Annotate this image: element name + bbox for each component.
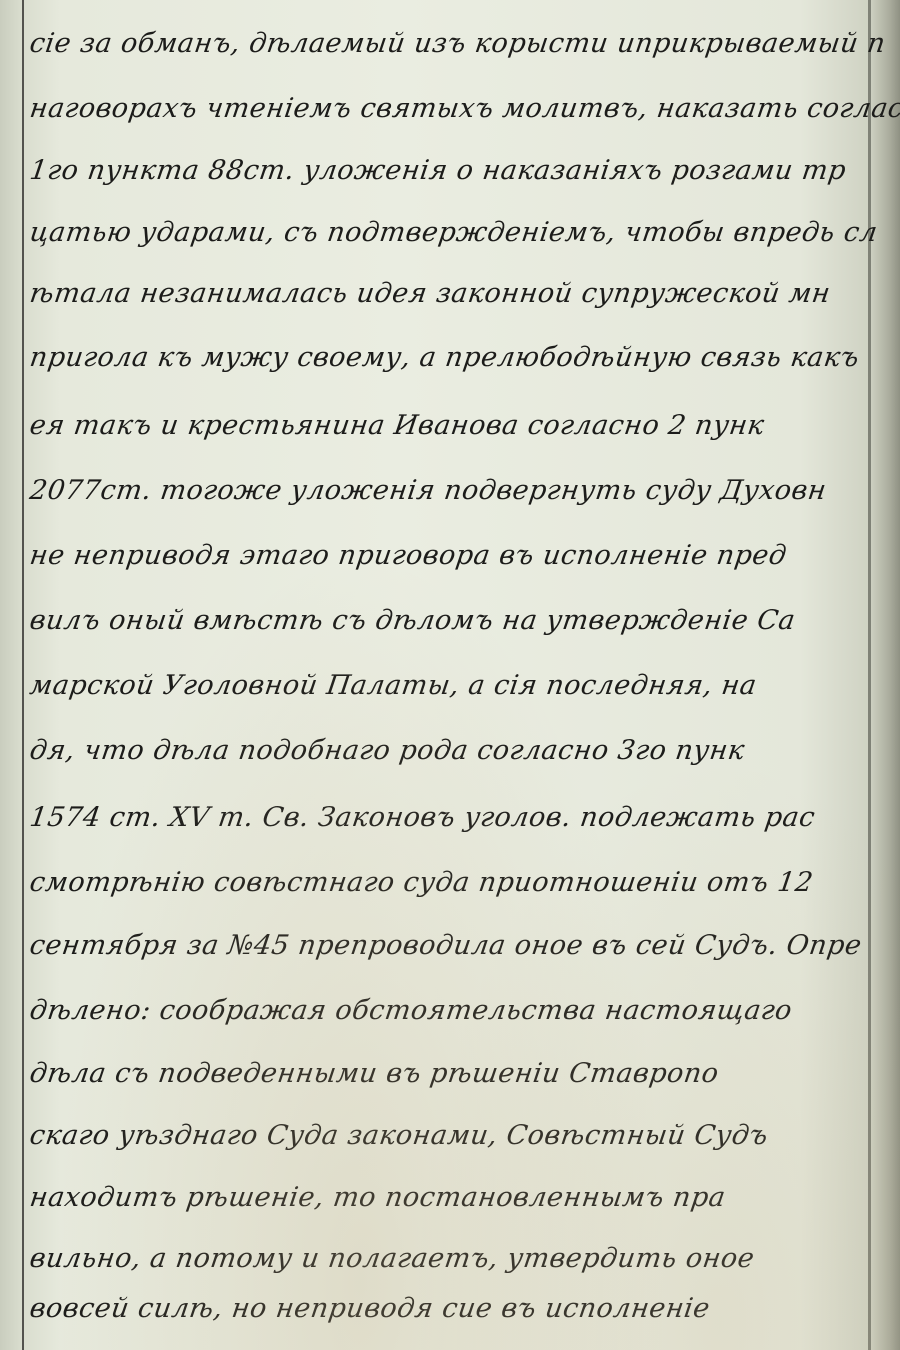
left-margin-rule [22,0,24,1350]
text-line-20: вильно, а потому и полагаетъ, утвердить … [28,1243,757,1274]
text-line-15: сентября за №45 препроводила оное въ сей… [28,930,864,961]
text-line-12: дя, что дѣла подобнаго рода согласно 3го… [28,735,747,766]
manuscript-page: сіе за обманъ, дѣлаемый изъ корысти ипри… [0,0,900,1350]
text-line-1: сіе за обманъ, дѣлаемый изъ корысти ипри… [28,28,888,59]
text-line-3: 1го пункта 88ст. уложенія о наказаніяхъ … [28,155,848,186]
text-line-8: 2077ст. тогоже уложенія подвергнуть суду… [28,475,829,506]
text-line-17: дѣла съ подведенными въ рѣшеніи Ставропо [28,1058,721,1089]
text-line-7: ея такъ и крестьянина Иванова согласно 2… [28,410,767,441]
text-line-19: находитъ рѣшеніе, то постановленнымъ пра [28,1182,728,1213]
text-line-9: не неприводя этаго приговора въ исполнен… [28,540,789,571]
text-line-21: вовсей силѣ, но неприводя сие въ исполне… [28,1293,712,1324]
text-line-4: цатью ударами, съ подтвержденіемъ, чтобы… [28,217,880,248]
text-line-13: 1574 ст. XV т. Св. Законовъ уголов. подл… [28,802,817,833]
text-line-5: ѣтала незанималась идея законной супруже… [28,278,833,309]
page-edge [868,0,871,1350]
text-line-6: пригола къ мужу своему, а прелюбодѣйную … [28,342,861,373]
text-line-11: марской Уголовной Палаты, а сія последня… [28,670,759,701]
text-line-18: скаго уѣзднаго Суда законами, Совѣстный … [28,1120,770,1151]
text-line-2: наговорахъ чтеніемъ святыхъ молитвъ, нак… [28,93,900,124]
text-line-10: вилъ оный вмѣстѣ съ дѣломъ на утверждені… [28,605,798,636]
text-line-16: дѣлено: соображая обстоятельства настоящ… [28,995,794,1026]
text-line-14: смотрѣнію совѣстнаго суда приотношеніи о… [28,867,815,898]
